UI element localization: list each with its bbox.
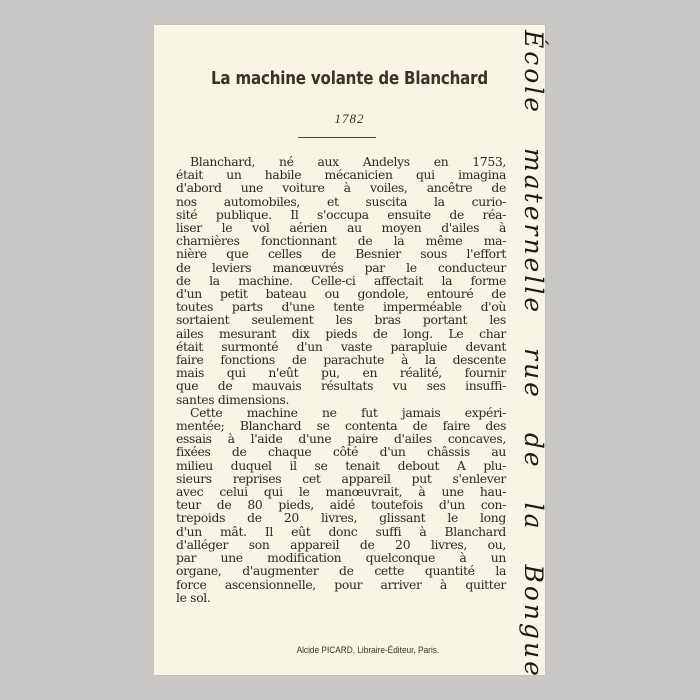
text-line: santes dimensions.	[176, 393, 506, 406]
text-line: d'abord une voiture à voiles, ancêtre de	[176, 181, 506, 194]
text-line: le sol.	[176, 591, 506, 604]
text-line: organe, d'augmenter de cette quantité la	[176, 564, 506, 577]
document-title: La machine volante de Blanchard	[181, 69, 517, 89]
card: La machine volante de Blanchard 1782 Bla…	[154, 25, 545, 675]
text-line: d'un mât. Il eût donc suffi à Blanchard	[176, 525, 506, 538]
text-line: nière que celles de Besnier sous l'effor…	[176, 247, 506, 260]
document-year: 1782	[154, 111, 545, 127]
text-line: force ascensionnelle, pour arriver à qui…	[176, 578, 506, 591]
text-line: de leviers manœuvrés par le conducteur	[176, 261, 506, 274]
text-line: ailes mesurant dix pieds de long. Le cha…	[176, 327, 506, 340]
body-text: Blanchard, né aux Andelys en 1753,était …	[176, 155, 506, 604]
title-divider	[298, 137, 376, 138]
text-line: fixées de chaque côté d'un châssis au	[176, 445, 506, 458]
paragraphs: Blanchard, né aux Andelys en 1753,était …	[176, 155, 506, 604]
text-line: trepoids de 20 livres, glissant le long	[176, 511, 506, 524]
text-line: que de mauvais résultats vu ses insuffi-	[176, 379, 506, 392]
publisher-imprint: Alcide PICARD, Libraire-Éditeur, Paris.	[170, 645, 530, 655]
handwritten-note: École maternelle rue de la Bongue	[518, 30, 548, 670]
text-line: nos automobiles, et suscita la curio-	[176, 195, 506, 208]
text-line: sortaient seulement les bras portant les	[176, 313, 506, 326]
text-line: milieu duquel il se tenait debout A plu-	[176, 459, 506, 472]
